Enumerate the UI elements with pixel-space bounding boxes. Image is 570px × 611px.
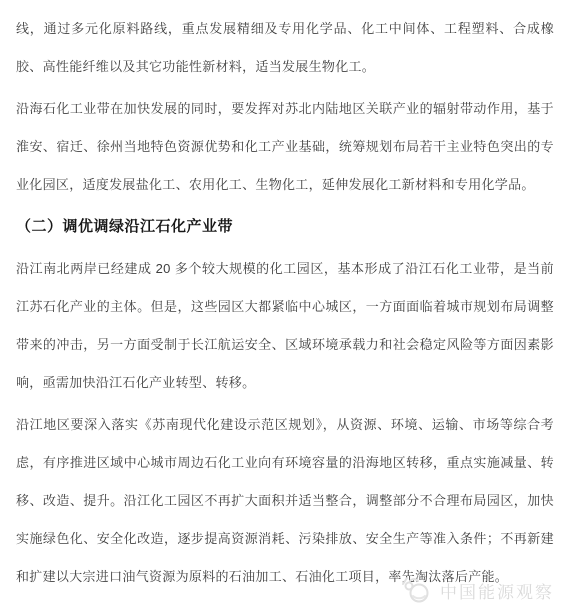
section-heading: （二）调优调绿沿江石化产业带 bbox=[16, 208, 554, 246]
paragraph-riverside-overview: 沿江南北两岸已经建成 20 多个较大规模的化工园区，基本形成了沿江石化工业带，是… bbox=[16, 250, 554, 402]
paragraph-riverside-plan: 沿江地区要深入落实《苏南现代化建设示范区规划》，从资源、环境、运输、市场等综合考… bbox=[16, 406, 554, 596]
paragraph-multi-feedstock: 线，通过多元化原料路线，重点发展精细及专用化学品、化工中间体、工程塑料、合成橡胶… bbox=[16, 10, 554, 86]
watermark-text: 中国能源观察 bbox=[440, 578, 554, 603]
energy-observer-logo-icon bbox=[400, 576, 434, 604]
article-page: 线，通过多元化原料路线，重点发展精细及专用化学品、化工中间体、工程塑料、合成橡胶… bbox=[0, 0, 570, 611]
paragraph-coastal-belt: 沿海石化工业带在加快发展的同时，要发挥对苏北内陆地区关联产业的辐射带动作用，基于… bbox=[16, 90, 554, 204]
watermark: 中国能源观察 bbox=[400, 576, 554, 604]
